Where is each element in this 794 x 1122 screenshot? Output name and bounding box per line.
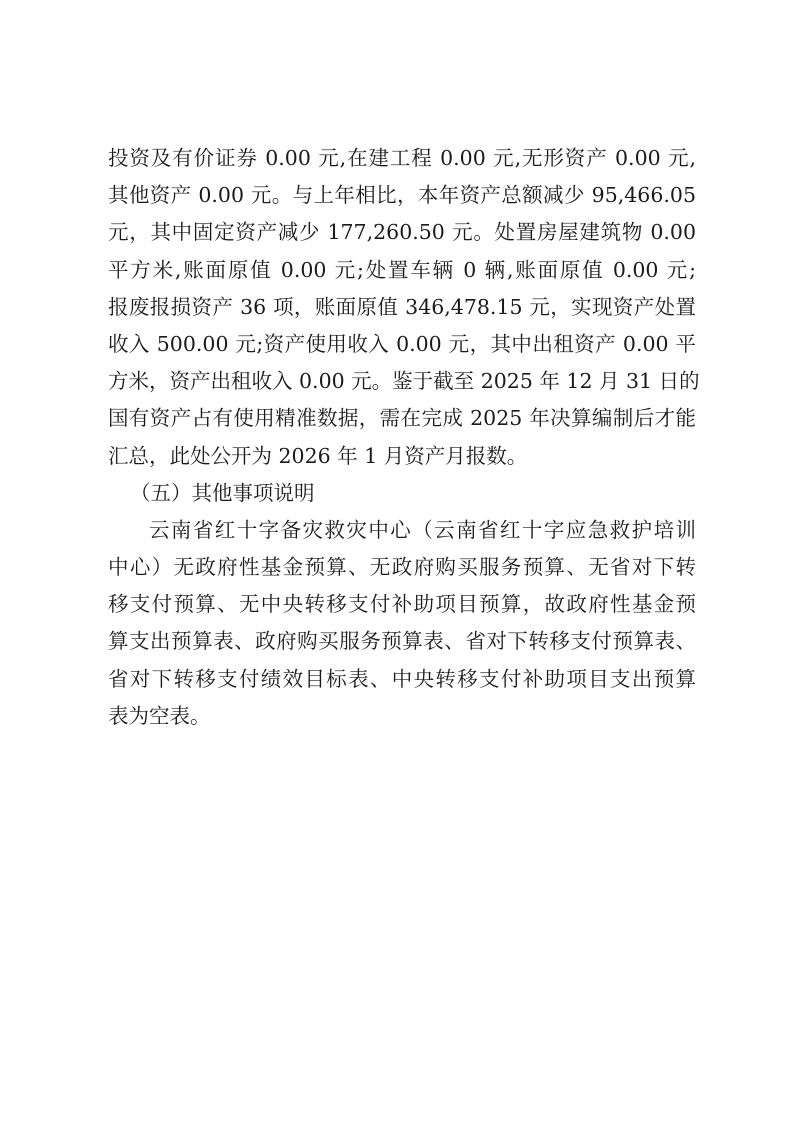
text-line: 收入 500.00 元;资产使用收入 0.00 元，其中出租资产 0.00 平	[108, 326, 696, 363]
text-line: 算支出预算表、政府购买服务预算表、省对下转移支付预算表、	[108, 623, 696, 660]
text-line: 平方米,账面原值 0.00 元;处置车辆 0 辆,账面原值 0.00 元;	[108, 252, 696, 289]
text-line: 国有资产占有使用精准数据，需在完成 2025 年决算编制后才能	[108, 400, 696, 437]
paragraph-asset-details: 投资及有价证券 0.00 元,在建工程 0.00 元,无形资产 0.00 元, …	[108, 140, 696, 475]
text-line: 汇总，此处公开为 2026 年 1 月资产月报数。	[108, 438, 696, 475]
text-line: 移支付预算、无中央转移支付补助项目预算，故政府性基金预	[108, 586, 696, 623]
text-line: 元，其中固定资产减少 177,260.50 元。处置房屋建筑物 0.00	[108, 214, 696, 251]
text-line: 报废报损资产 36 项，账面原值 346,478.15 元，实现资产处置	[108, 289, 696, 326]
section-heading-other-matters: （五）其他事项说明	[108, 475, 696, 512]
text-line: 方米，资产出租收入 0.00 元。鉴于截至 2025 年 12 月 31 日的	[108, 363, 696, 400]
text-line: 中心）无政府性基金预算、无政府购买服务预算、无省对下转	[108, 549, 696, 586]
document-body: 投资及有价证券 0.00 元,在建工程 0.00 元,无形资产 0.00 元, …	[108, 140, 696, 735]
text-line: 省对下转移支付绩效目标表、中央转移支付补助项目支出预算	[108, 661, 696, 698]
document-page: 投资及有价证券 0.00 元,在建工程 0.00 元,无形资产 0.00 元, …	[0, 0, 794, 1122]
text-line: 表为空表。	[108, 698, 696, 735]
text-line: 云南省红十字备灾救灾中心（云南省红十字应急救护培训	[108, 512, 696, 549]
text-line: 投资及有价证券 0.00 元,在建工程 0.00 元,无形资产 0.00 元,	[108, 140, 696, 177]
section-heading: （五）其他事项说明	[108, 475, 696, 512]
text-line: 其他资产 0.00 元。与上年相比，本年资产总额减少 95,466.05	[108, 177, 696, 214]
paragraph-other-matters: 云南省红十字备灾救灾中心（云南省红十字应急救护培训 中心）无政府性基金预算、无政…	[108, 512, 696, 735]
